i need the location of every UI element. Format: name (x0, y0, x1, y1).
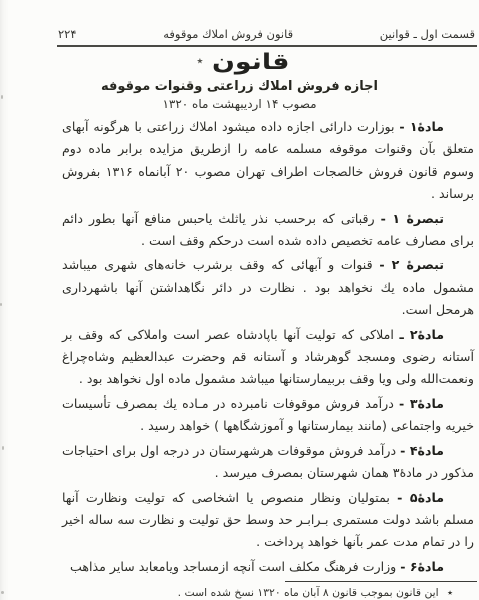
article-6-text: وزارت فرهنگ مکلف است آنچه ازمساجد ویامعا… (70, 559, 396, 574)
footnote-text: این قانون بموجب قانون ۸ آبان ماه ۱۳۲۰ نس… (178, 586, 439, 599)
article-6: مادۀ۶ - وزارت فرهنگ مکلف است آنچه ازمساج… (62, 556, 474, 578)
running-head: قسمت اول ـ قوانین قانون فروش املاك موقوف… (0, 0, 479, 41)
note-2-label: تبصرۀ ۲ - (379, 257, 444, 272)
law-subtitle: اجازه فروش املاك زراعتی وقنوات موقوفه (0, 79, 479, 94)
article-5: مادۀ۵ - بمتولیان ونظار منصوص یا اشخاصی ک… (62, 487, 474, 554)
article-6-label: مادۀ۶ - (400, 559, 444, 574)
article-2: مادۀ۲ ـ املاکی که تولیت آنها باپادشاه عص… (62, 324, 474, 391)
approval-date: مصوب ۱۴ اردیبهشت ماه ۱۳۲۰ (0, 97, 479, 111)
note-1: تبصرۀ ۱ - رقباتی که برحسب نذر یاثلث یاحب… (62, 208, 474, 253)
article-4-label: مادۀ۴ - (400, 443, 444, 458)
footnote: ٭ این قانون بموجب قانون ۸ آبان ماه ۱۳۲۰ … (62, 585, 453, 600)
scan-speck (0, 303, 2, 306)
article-4: مادۀ۴ - درآمد فروش موقوفات هرشهرستان در … (62, 440, 474, 485)
header-rule (57, 45, 477, 47)
running-head-section: قسمت اول ـ قوانین (380, 27, 475, 41)
article-1-label: مادۀ۱ - (399, 119, 444, 134)
scanned-law-page: قسمت اول ـ قوانین قانون فروش املاك موقوف… (0, 0, 479, 600)
note-2: تبصرۀ ۲ - قنوات و آبهائی که وقف برشرب خا… (62, 254, 474, 321)
page-number: ۲۲۴ (58, 27, 77, 41)
law-title-text: قانون (212, 50, 289, 75)
scan-speck (1, 95, 3, 99)
article-2-label: مادۀ۲ ـ (400, 327, 444, 342)
scan-speck (1, 591, 4, 594)
article-3: مادۀ۳ - درآمد فروش موقوفات نامبرده در مـ… (62, 393, 474, 438)
article-3-label: مادۀ۳ - (399, 396, 444, 411)
running-head-book-title: قانون فروش املاك موقوفه (163, 27, 293, 41)
scan-speck (2, 446, 4, 450)
footnote-rule (285, 581, 477, 582)
article-1: مادۀ۱ - بوزارت دارائی اجازه داده میشود ا… (62, 116, 474, 206)
article-5-label: مادۀ۵ - (397, 490, 444, 505)
law-title: قانون ٭ (0, 50, 479, 75)
law-body: مادۀ۱ - بوزارت دارائی اجازه داده میشود ا… (62, 116, 474, 578)
footnote-star-icon: ٭ (447, 586, 453, 599)
footnote-star-icon: ٭ (196, 54, 203, 69)
scan-speck (196, 566, 198, 568)
note-1-label: تبصرۀ ۱ - (381, 211, 444, 226)
